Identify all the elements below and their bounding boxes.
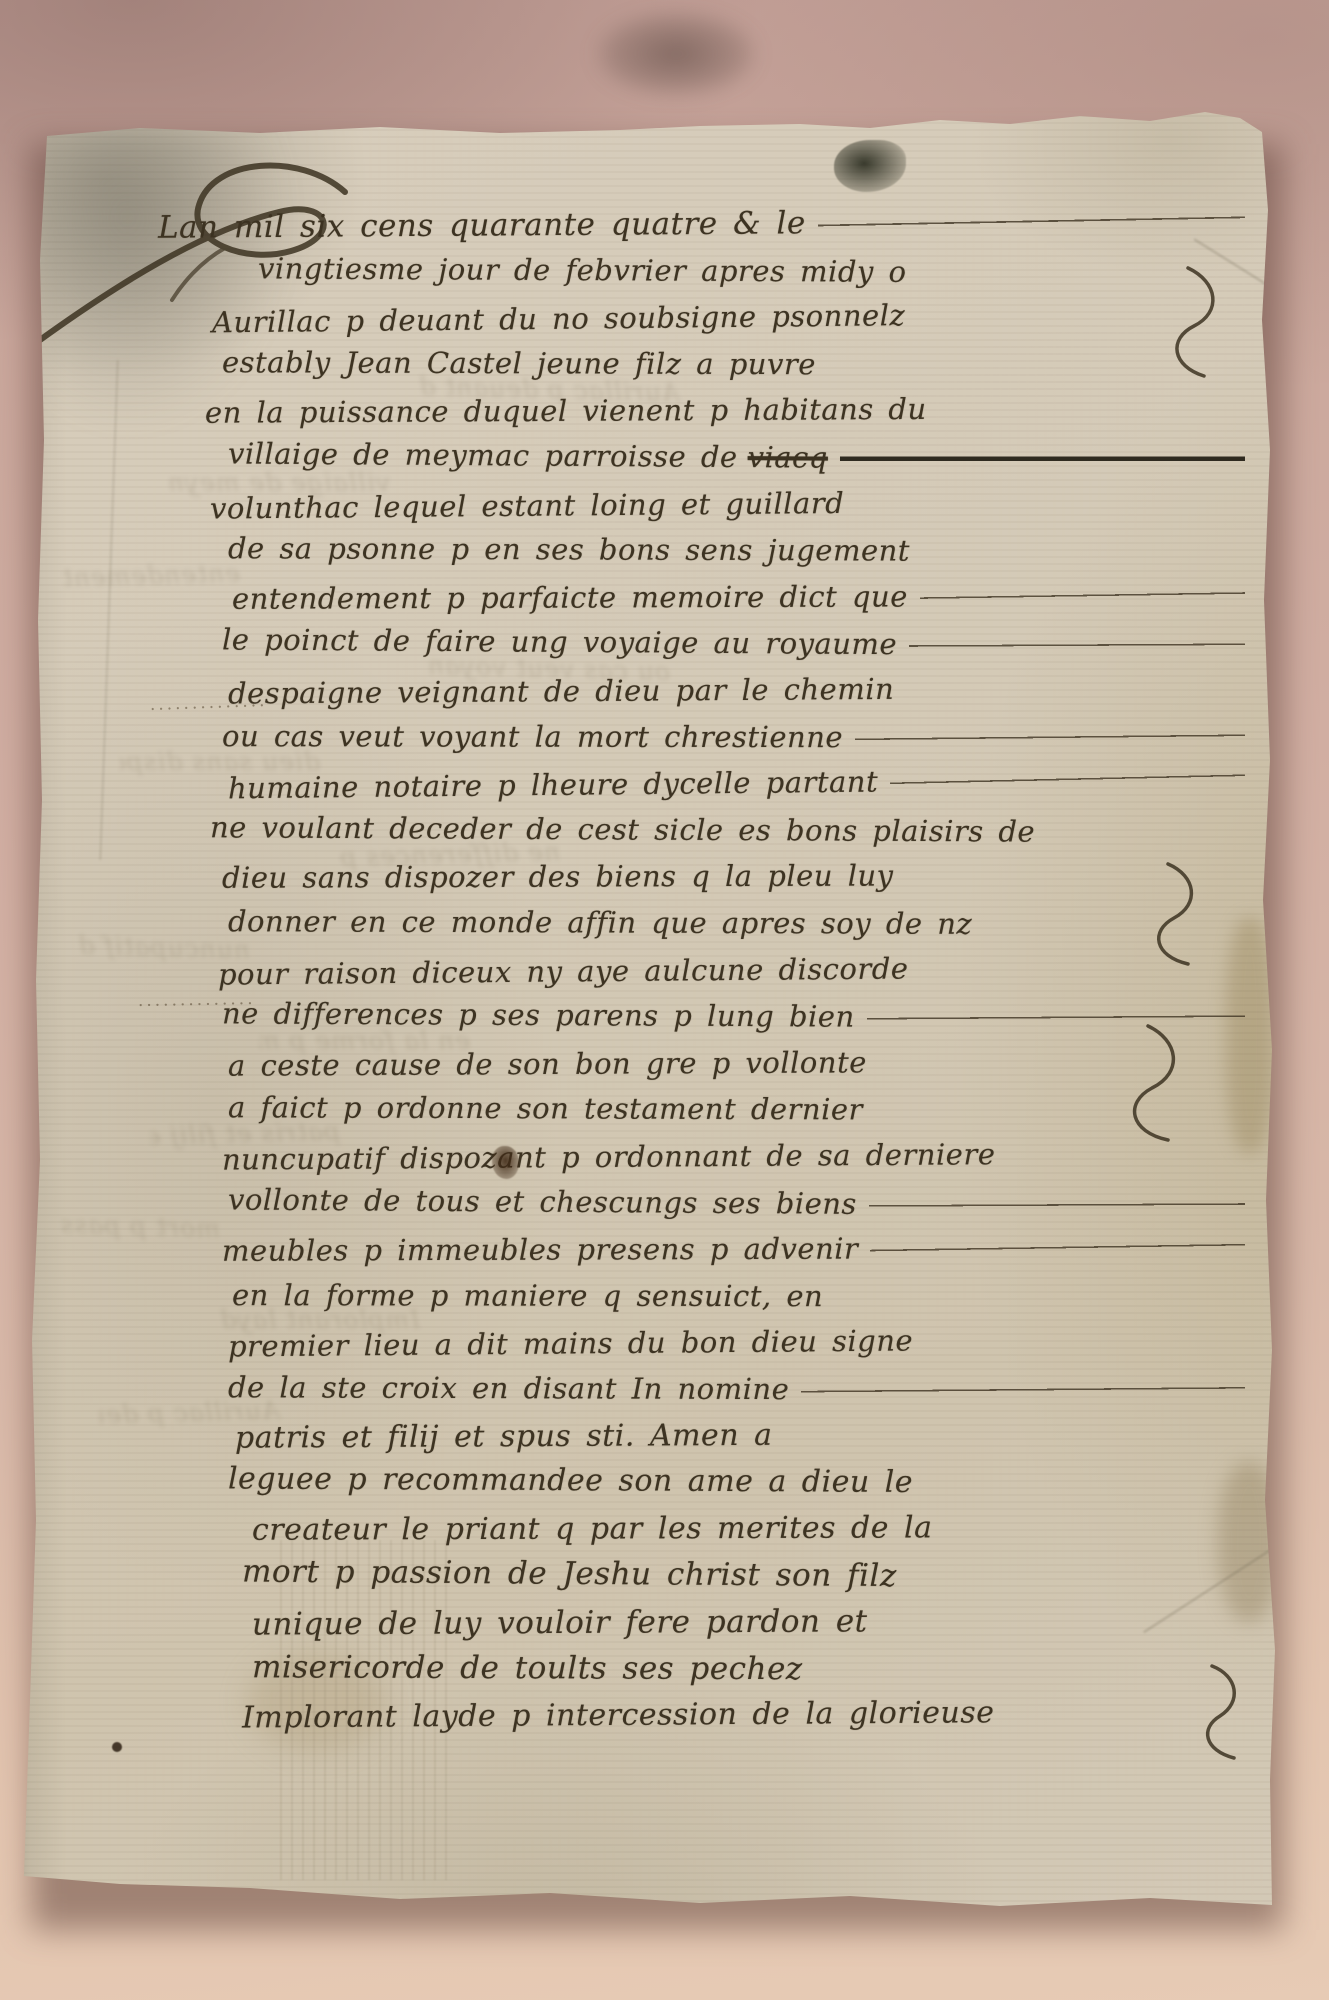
paper-grain-texture bbox=[0, 0, 1329, 2000]
manuscript-page: Aurillac p deuant du nvillaige de meymac… bbox=[0, 0, 1329, 2000]
photo-backdrop: Aurillac p deuant du nvillaige de meymac… bbox=[0, 0, 1329, 2000]
backdrop-smudge-stain bbox=[596, 12, 756, 96]
